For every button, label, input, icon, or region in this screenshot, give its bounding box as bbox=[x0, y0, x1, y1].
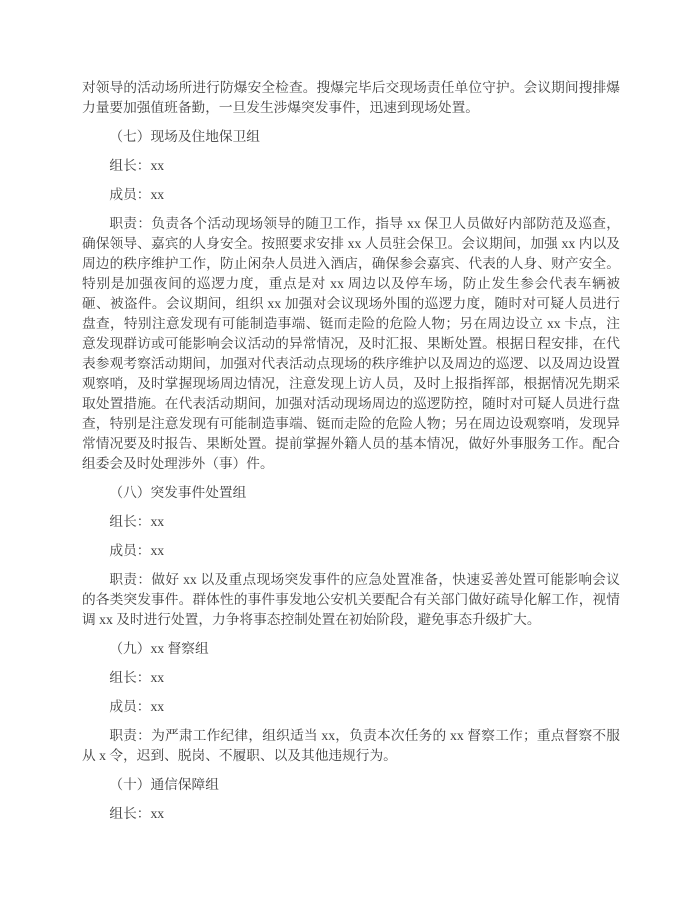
section-heading-group-9: （九）xx 督察组 bbox=[82, 639, 620, 659]
document-page: 对领导的活动场所进行防爆安全检查。搜爆完毕后交现场责任单位守护。会议期间搜排爆力… bbox=[0, 0, 700, 905]
duties-paragraph-group-8: 职责：做好 xx 以及重点现场突发事件的应急处置准备，快速妥善处置可能影响会议的… bbox=[82, 570, 620, 630]
section-heading-group-8: （八）突发事件处置组 bbox=[82, 483, 620, 503]
members-line-group-8: 成员：xx bbox=[82, 541, 620, 561]
document-body: 对领导的活动场所进行防爆安全检查。搜爆完毕后交现场责任单位守护。会议期间搜排爆力… bbox=[82, 78, 620, 824]
duties-paragraph-group-9: 职责：为严肃工作纪律，组织适当 xx，负责本次任务的 xx 督察工作；重点督察不… bbox=[82, 726, 620, 766]
leader-line-group-10: 组长：xx bbox=[82, 804, 620, 824]
leader-line-group-7: 组长：xx bbox=[82, 156, 620, 176]
section-heading-group-7: （七）现场及住地保卫组 bbox=[82, 127, 620, 147]
members-line-group-9: 成员：xx bbox=[82, 697, 620, 717]
paragraph-bomb-search-continuation: 对领导的活动场所进行防爆安全检查。搜爆完毕后交现场责任单位守护。会议期间搜排爆力… bbox=[82, 78, 620, 118]
duties-paragraph-group-7: 职责：负责各个活动现场领导的随卫工作，指导 xx 保卫人员做好内部防范及巡查，确… bbox=[82, 214, 620, 474]
leader-line-group-8: 组长：xx bbox=[82, 512, 620, 532]
members-line-group-7: 成员：xx bbox=[82, 185, 620, 205]
section-heading-group-10: （十）通信保障组 bbox=[82, 775, 620, 795]
leader-line-group-9: 组长：xx bbox=[82, 668, 620, 688]
